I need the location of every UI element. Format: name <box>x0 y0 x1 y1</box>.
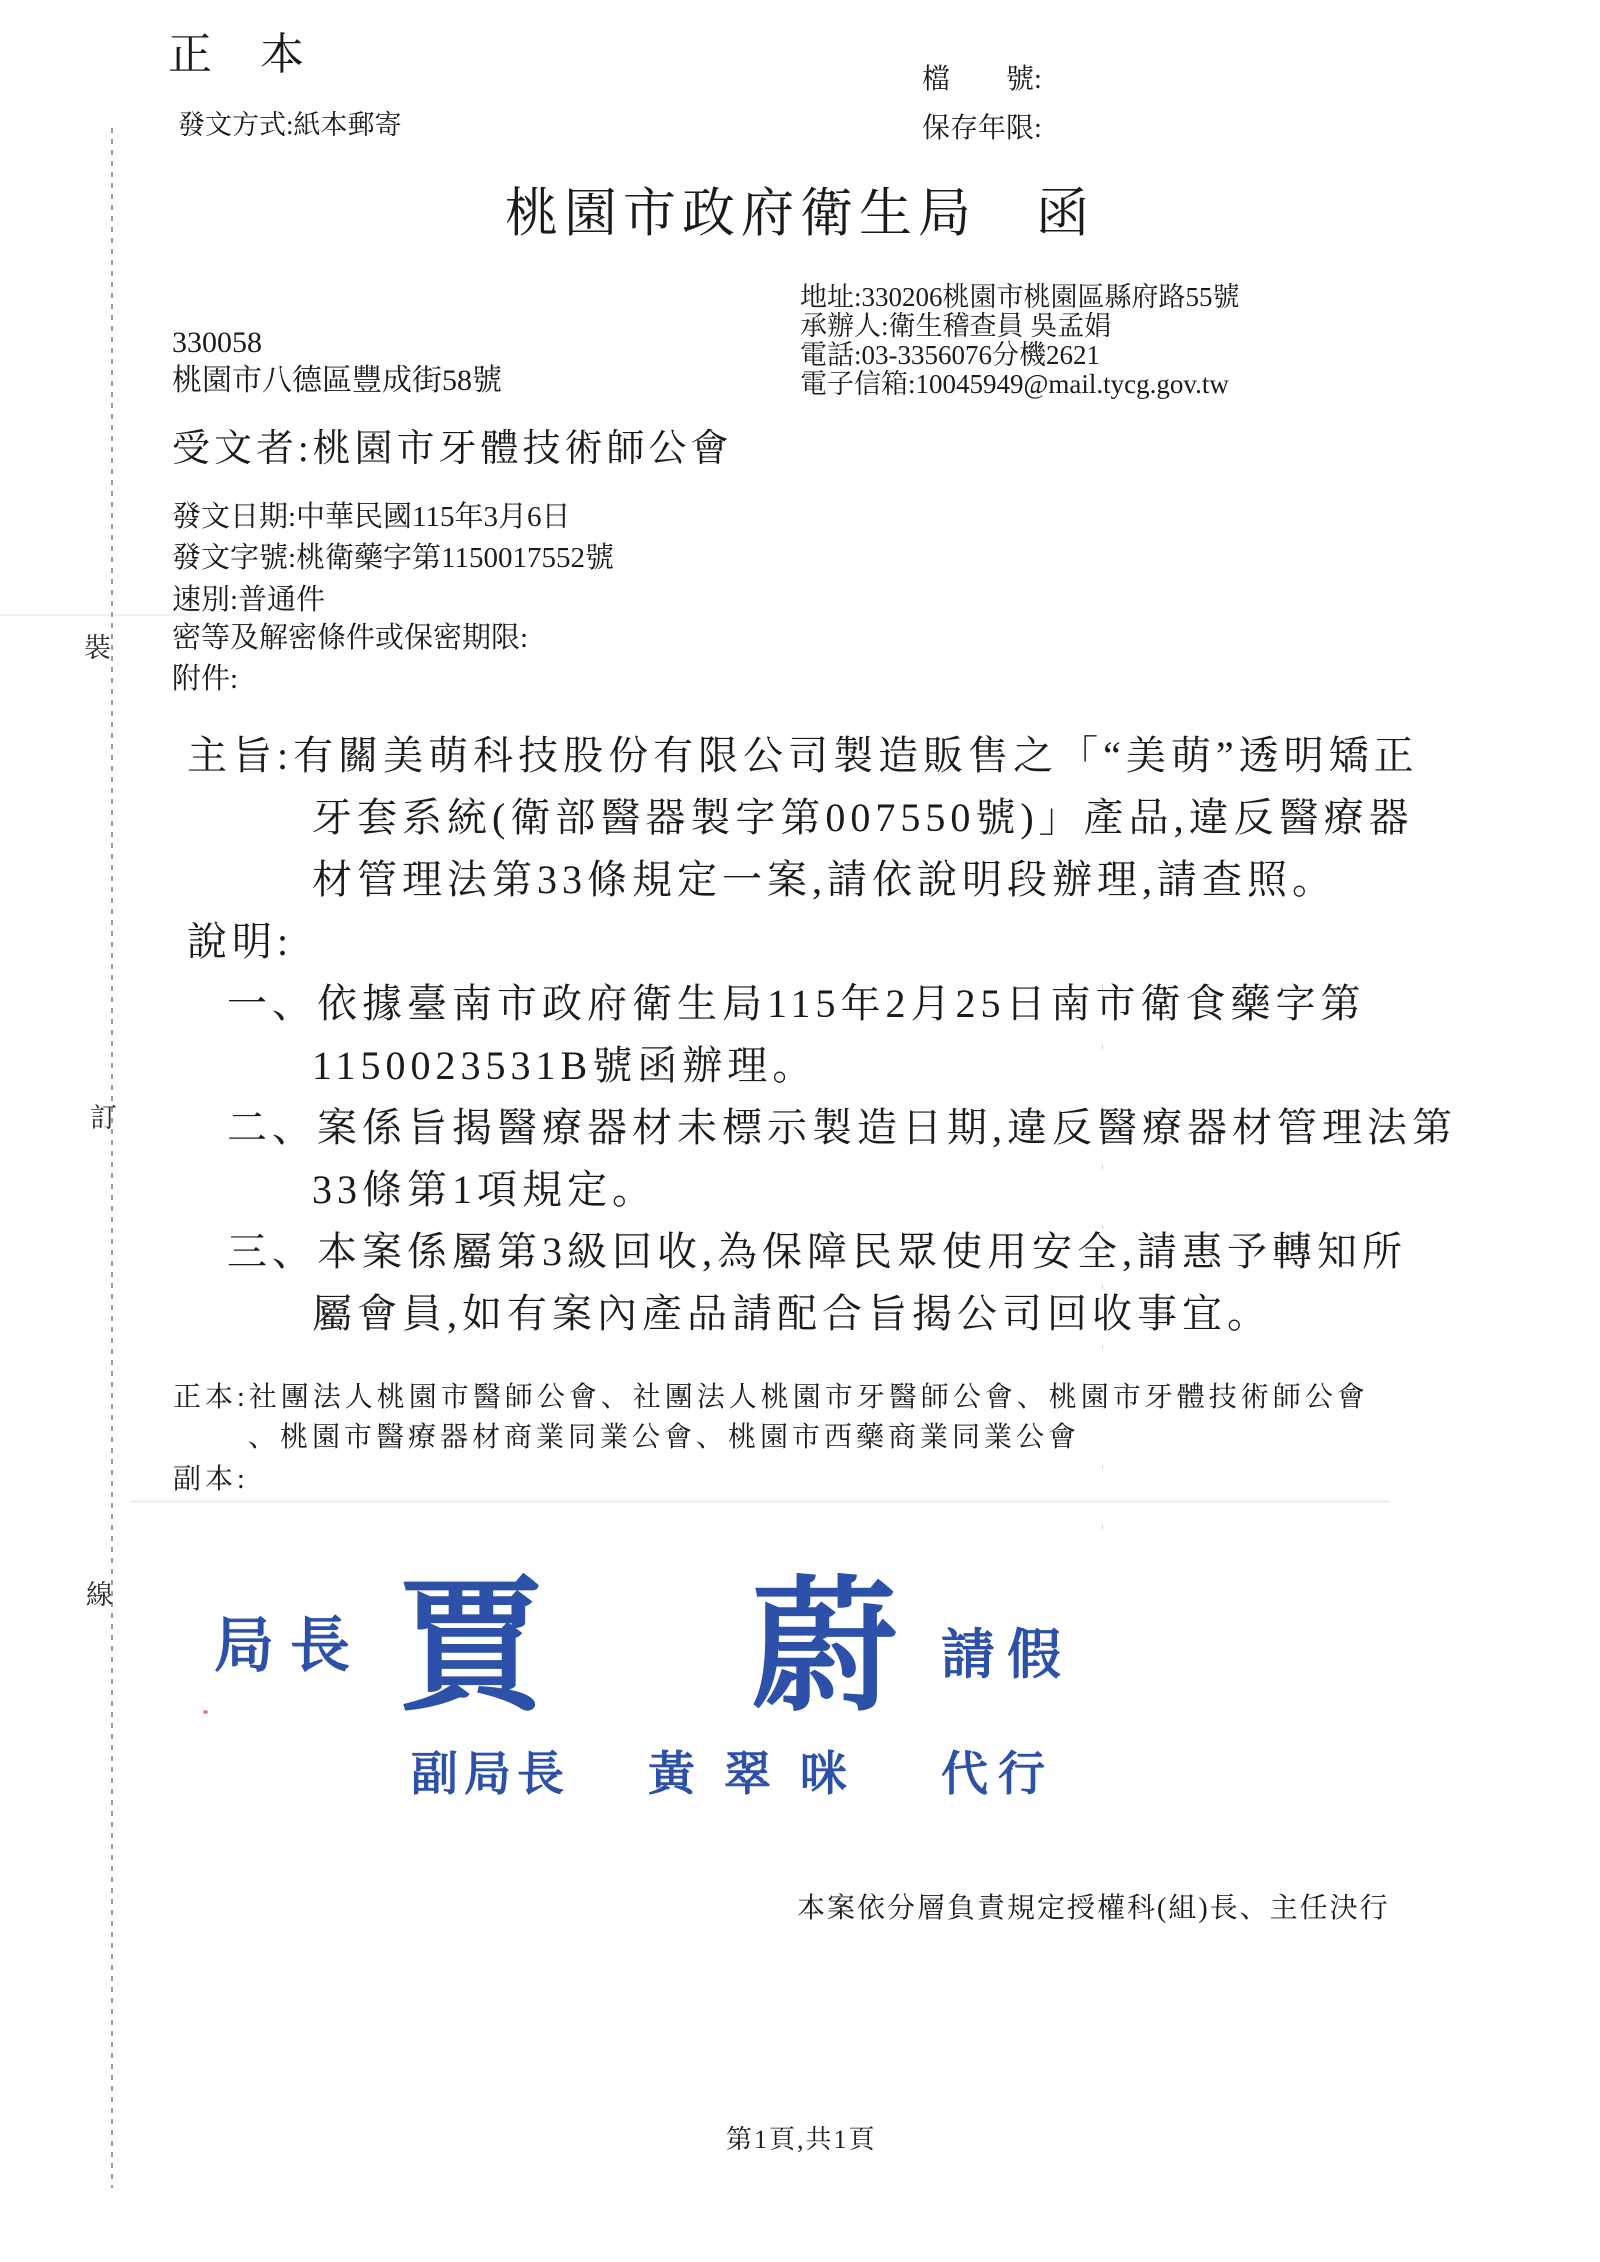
recipient-line: 受文者:桃園市牙體技術師公會 <box>172 428 733 472</box>
leave-status-label: 請假 <box>941 1624 1073 1686</box>
issue-date-line: 發文日期:中華民國115年3月6日 <box>172 501 570 534</box>
explanation-item3-line2: 屬會員,如有案內產品請配合旨揭公司回收事宜。 <box>312 1291 1272 1337</box>
binding-mark-xian: 線 <box>86 1573 113 1612</box>
subject-line-1: 主旨:有關美萌科技股份有限公司製造販售之「“美萌”透明矯正 <box>187 733 1419 779</box>
attachment-line: 附件: <box>172 663 238 696</box>
director-title: 局長 <box>214 1612 366 1681</box>
distribution-original-line1: 正本:社團法人桃園市醫師公會、社團法人桃園市牙醫師公會、桃園市牙體技術師公會 <box>173 1382 1369 1414</box>
copy-type-label: 正 本 <box>168 30 306 81</box>
sender-email: 電子信箱:10045949@mail.tycg.gov.tw <box>800 369 1229 400</box>
page-sheet: 裝 訂 線 正 本 發文方式:紙本郵寄 檔 號: 保存年限: 桃園市政府衛生局 … <box>0 0 1600 2262</box>
explanation-item2-line1: 二、案係旨揭醫療器材未標示製造日期,違反醫療器材管理法第 <box>227 1105 1457 1151</box>
distribution-original-line2: 、桃園市醫療器材商業同業公會、桃園市西藥商業同業公會 <box>248 1422 1080 1454</box>
binding-fold-line <box>111 128 113 2188</box>
binding-mark-ding: 訂 <box>90 1096 117 1135</box>
delivery-method-label: 發文方式:紙本郵寄 <box>178 110 402 141</box>
scan-crease-middle <box>130 1500 1390 1503</box>
explanation-item3-line1: 三、本案係屬第3級回收,為保障民眾使用安全,請惠予轉知所 <box>227 1229 1407 1275</box>
acting-label: 代行 <box>941 1748 1055 1802</box>
subject-line-3: 材管理法第33條規定一案,請依說明段辦理,請查照。 <box>312 857 1337 903</box>
page-number-footer: 第1頁,共1頁 <box>726 2125 877 2155</box>
deputy-name-char-3: 咪 <box>800 1748 847 1802</box>
director-name-char-2: 蔚 <box>752 1566 897 1733</box>
scan-right-fold-marks <box>1102 985 1103 1585</box>
document-title: 桃園市政府衛生局 函 <box>0 184 1600 245</box>
explanation-heading: 說明: <box>187 919 293 965</box>
sender-contact: 承辦人:衛生稽查員 吳孟娟 <box>800 311 1111 342</box>
explanation-item1-line1: 一、依據臺南市政府衛生局115年2月25日南市衛食藥字第 <box>227 981 1366 1027</box>
sender-address: 地址:330206桃園市桃園區縣府路55號 <box>800 282 1240 313</box>
sender-phone: 電話:03-3356076分機2621 <box>800 340 1100 371</box>
security-line: 密等及解密條件或保密期限: <box>172 622 528 655</box>
explanation-item2-line2: 33條第1項規定。 <box>312 1167 657 1213</box>
explanation-item1-line2: 1150023531B號函辦理。 <box>312 1043 817 1089</box>
deputy-name-char-1: 黃 <box>648 1748 695 1802</box>
recipient-street-address: 桃園市八德區豐成街58號 <box>172 364 502 399</box>
binding-mark-zhuang: 裝 <box>84 626 111 665</box>
distribution-copy-label: 副本: <box>173 1464 249 1496</box>
scan-artifact-dot <box>203 1710 208 1714</box>
deputy-name-char-2: 翠 <box>724 1748 771 1802</box>
recipient-postal-code: 330058 <box>172 326 262 361</box>
authorization-note: 本案依分層負責規定授權科(組)長、主任決行 <box>797 1893 1390 1925</box>
deputy-title: 副局長 <box>411 1748 570 1802</box>
priority-line: 速別:普通件 <box>172 584 325 617</box>
scan-crease-top <box>0 614 190 616</box>
doc-number-line: 發文字號:桃衛藥字第1150017552號 <box>172 542 614 575</box>
subject-line-2: 牙套系統(衛部醫器製字第007550號)」產品,違反醫療器 <box>312 795 1414 841</box>
director-name-char-1: 賈 <box>398 1566 543 1733</box>
file-number-label: 檔 號: <box>922 64 1042 96</box>
retention-period-label: 保存年限: <box>922 113 1042 145</box>
